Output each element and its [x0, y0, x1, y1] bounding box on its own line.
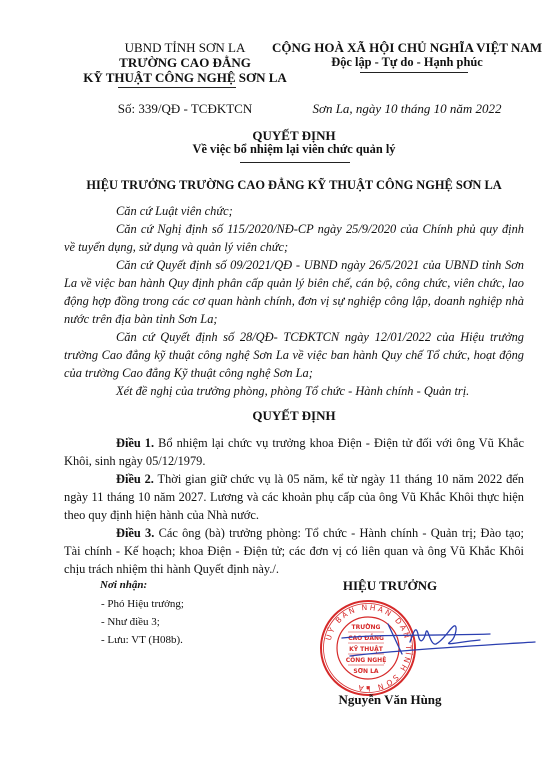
issuing-authority: HIỆU TRƯỞNG TRƯỜNG CAO ĐẲNG KỸ THUẬT CÔN… — [64, 178, 524, 193]
article-2: Điều 2. Thời gian giữ chức vụ là 05 năm,… — [64, 470, 524, 524]
recipient-item: - Lưu: VT (H08b). — [101, 633, 183, 647]
signer-title: HIỆU TRƯỞNG — [290, 578, 490, 593]
article-1: Điều 1. Bổ nhiệm lại chức vụ trưởng khoa… — [64, 434, 524, 470]
recipient-item: - Phó Hiệu trưởng; — [101, 597, 184, 611]
basis-1: Căn cứ Luật viên chức; — [64, 202, 524, 220]
subject-underline — [240, 162, 350, 163]
document-title: QUYẾT ĐỊNH — [64, 128, 524, 143]
country-name: CỘNG HOÀ XÃ HỘI CHỦ NGHĨA VIỆT NAM — [262, 40, 552, 55]
national-motto-block: CỘNG HOÀ XÃ HỘI CHỦ NGHĨA VIỆT NAM Độc l… — [262, 40, 552, 70]
article-3: Điều 3. Các ông (bà) trưởng phòng: Tổ ch… — [64, 524, 524, 578]
article-1-label: Điều 1. — [116, 436, 154, 450]
place-date: Sơn La, ngày 10 tháng 10 năm 2022 — [262, 101, 552, 116]
signer-name: Nguyễn Văn Hùng — [290, 692, 490, 707]
motto: Độc lập - Tự do - Hạnh phúc — [262, 55, 552, 70]
article-3-label: Điều 3. — [116, 526, 154, 540]
basis-4: Căn cứ Quyết định số 28/QĐ- TCĐKTCN ngày… — [64, 328, 524, 382]
article-2-label: Điều 2. — [116, 472, 154, 486]
basis-1-text: Căn cứ Luật viên chức; — [116, 204, 233, 218]
basis-4-text: Căn cứ Quyết định số 28/QĐ- TCĐKTCN ngày… — [64, 330, 524, 380]
recipient-item: - Như điều 3; — [101, 615, 160, 629]
issuer-underline — [118, 87, 236, 88]
signature-icon — [340, 620, 540, 680]
issuer-school-line2: KỸ THUẬT CÔNG NGHỆ SƠN LA — [70, 70, 300, 85]
document-subject: Về việc bổ nhiệm lại viên chức quản lý — [64, 142, 524, 157]
decision-heading: QUYẾT ĐỊNH — [64, 408, 524, 423]
basis-2: Căn cứ Nghị định số 115/2020/NĐ-CP ngày … — [64, 220, 524, 256]
basis-5-text: Xét đề nghị của trưởng phòng, phòng Tổ c… — [116, 384, 469, 398]
recipients-heading: Nơi nhận: — [100, 578, 147, 592]
basis-5: Xét đề nghị của trưởng phòng, phòng Tổ c… — [64, 382, 524, 400]
motto-underline — [360, 72, 468, 73]
basis-3: Căn cứ Quyết định số 09/2021/QĐ - UBND n… — [64, 256, 524, 328]
basis-3-text: Căn cứ Quyết định số 09/2021/QĐ - UBND n… — [64, 258, 524, 326]
basis-2-text: Căn cứ Nghị định số 115/2020/NĐ-CP ngày … — [64, 222, 524, 254]
